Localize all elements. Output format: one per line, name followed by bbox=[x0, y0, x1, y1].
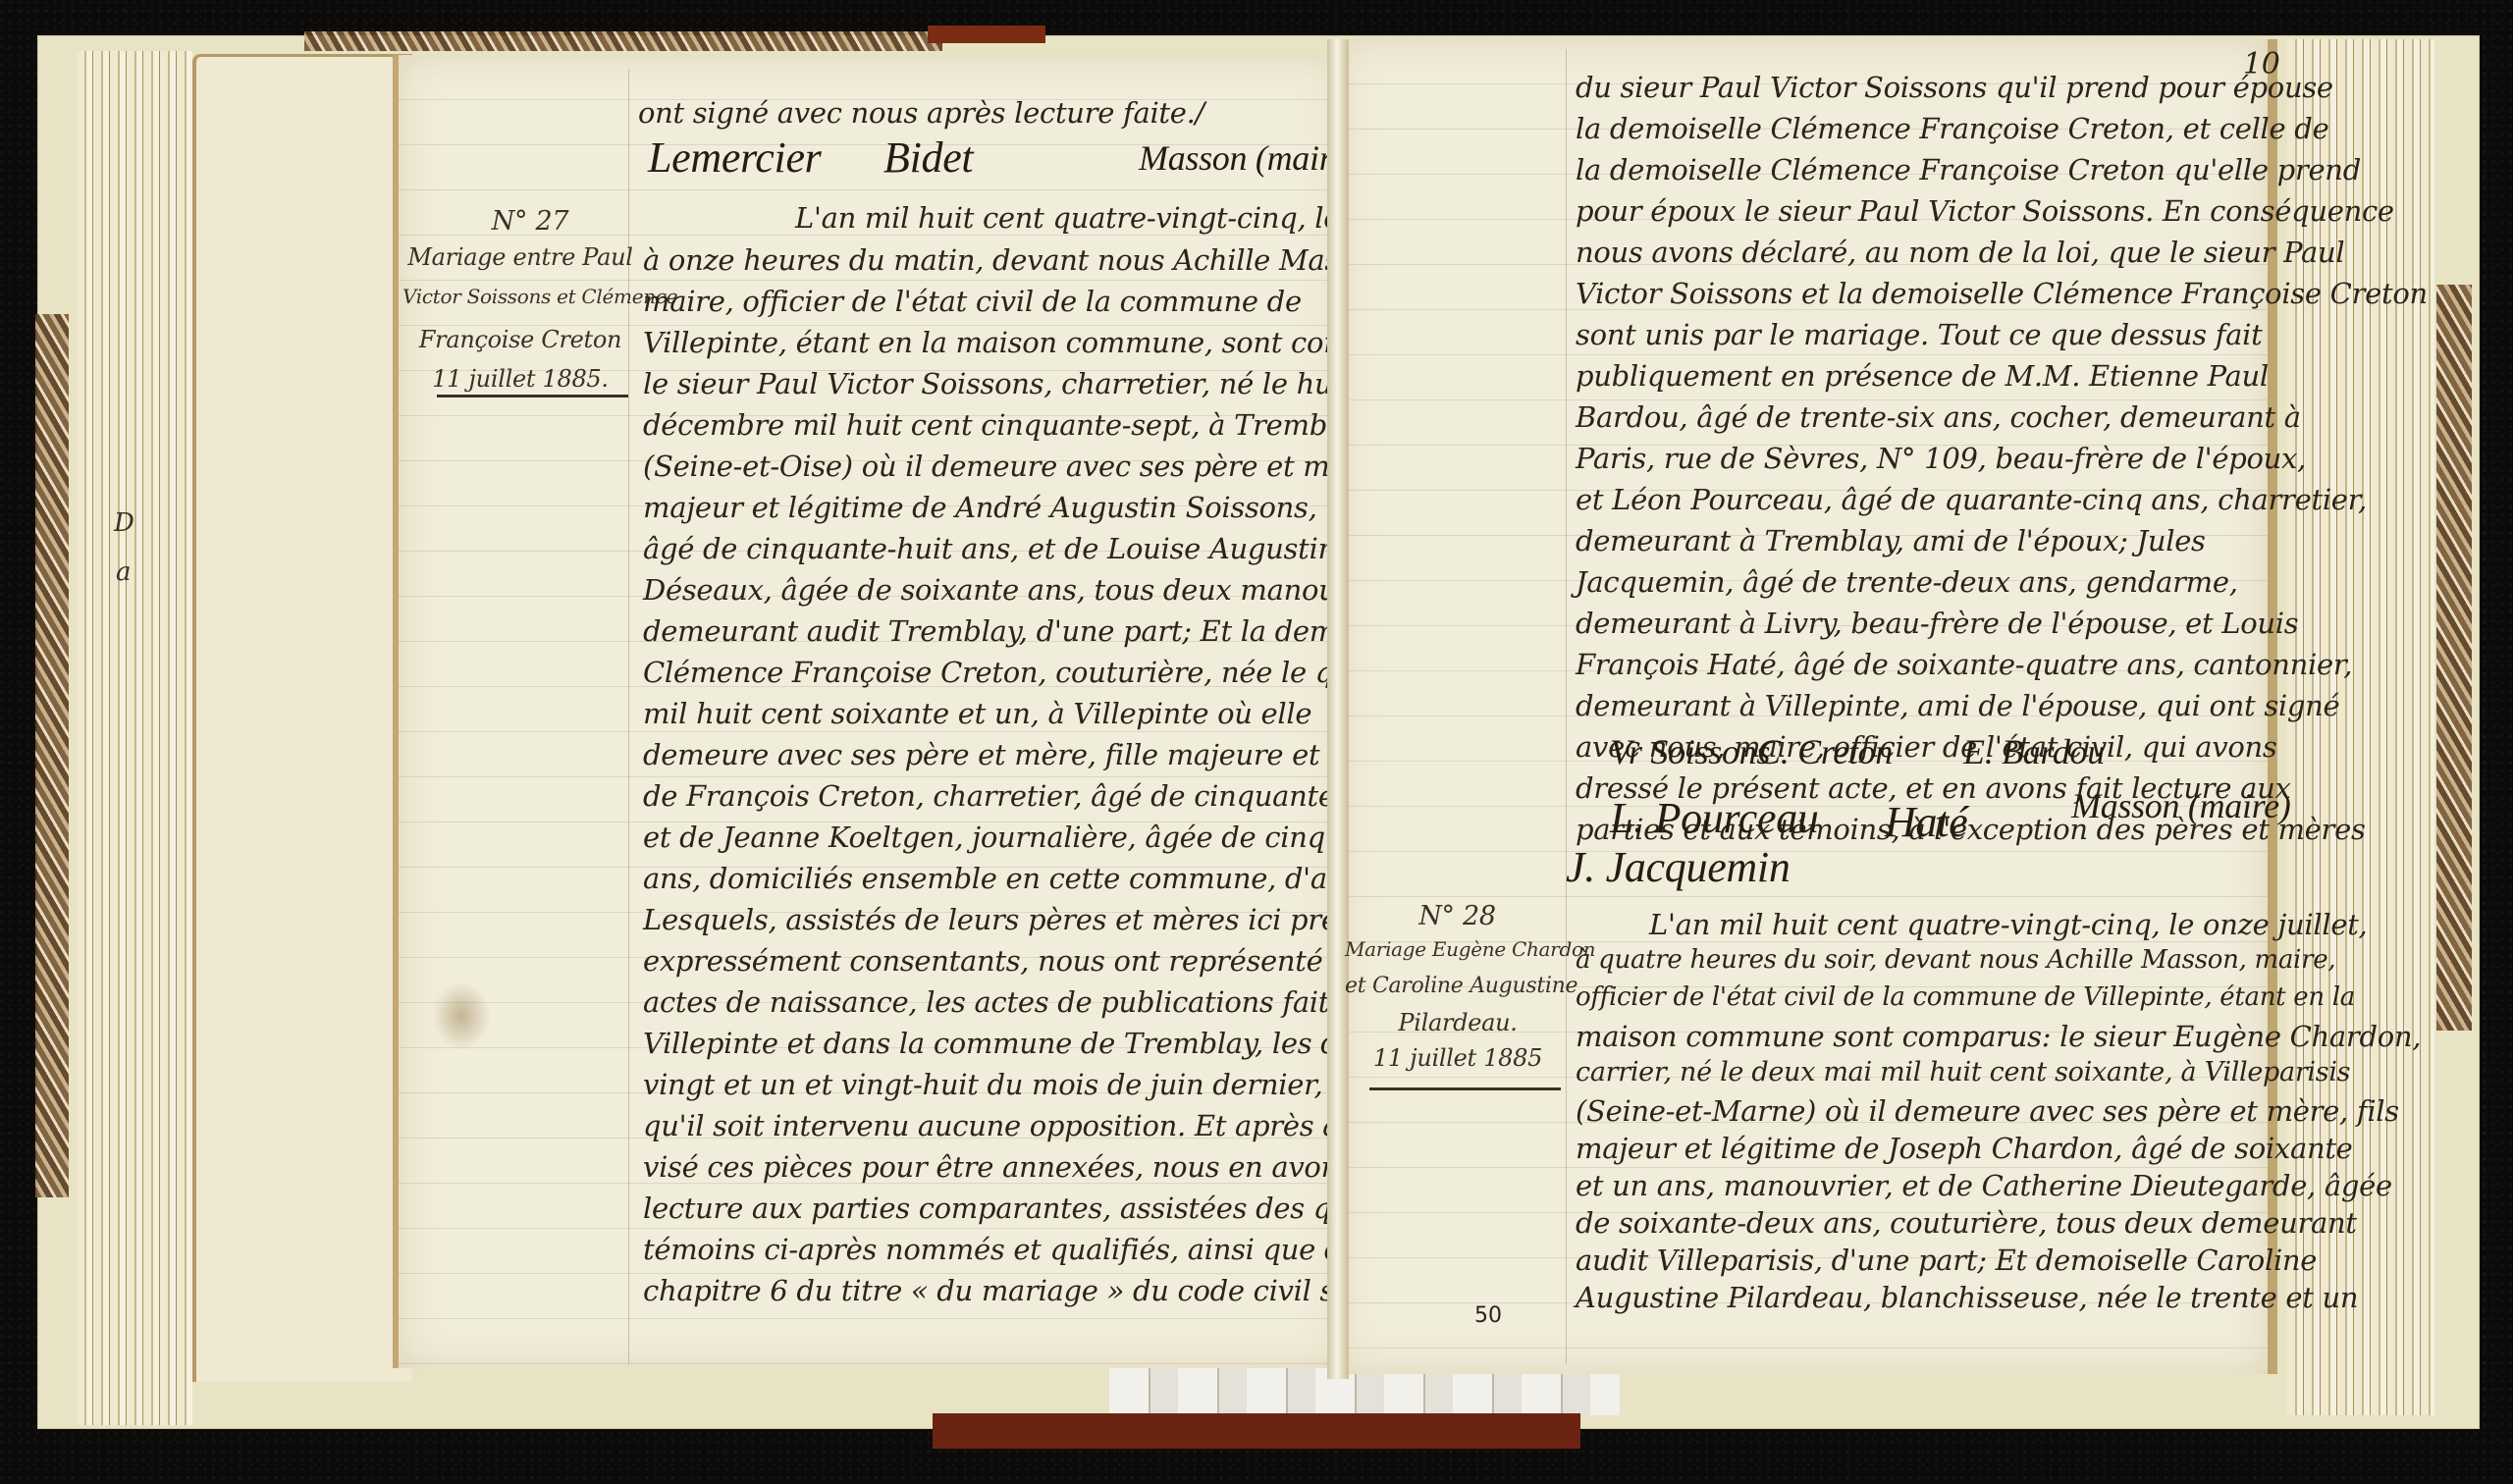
text-line: lecture aux parties comparantes, assisté… bbox=[643, 1192, 1407, 1225]
ink-stain bbox=[432, 981, 491, 1050]
text-line: chapitre 6 du titre « du mariage » du co… bbox=[643, 1274, 1365, 1307]
margin-title-line-3: Françoise Creton bbox=[402, 326, 638, 353]
entry-number-28: N° 28 bbox=[1347, 901, 1568, 931]
text-line: qu'il soit intervenu aucune opposition. … bbox=[643, 1109, 1394, 1142]
text-line: témoins ci-après nommés et qualifiés, ai… bbox=[643, 1233, 1361, 1266]
edge-mark-d: D bbox=[114, 508, 134, 538]
leather-spine-bottom bbox=[933, 1413, 1580, 1449]
text-line: (Seine-et-Oise) où il demeure avec ses p… bbox=[643, 450, 1436, 483]
margin-title-28-line-2: et Caroline Augustine bbox=[1345, 974, 1571, 998]
margin-title-28-line-1: Mariage Eugène Chardon bbox=[1345, 937, 1571, 961]
text-line: sont unis par le mariage. Tout ce que de… bbox=[1576, 318, 2262, 351]
signature-pourceau: L. Pourceau bbox=[1610, 793, 1819, 843]
text-line: à onze heures du matin, devant nous Achi… bbox=[643, 243, 1397, 277]
margin-title-line-1: Mariage entre Paul bbox=[402, 243, 638, 271]
margin-title-line-2: Victor Soissons et Clémence bbox=[402, 285, 638, 308]
margin-underline-28 bbox=[1369, 1087, 1561, 1090]
text-line: demeure avec ses père et mère, fille maj… bbox=[643, 738, 1444, 771]
page-edges-left bbox=[77, 51, 192, 1425]
margin-title-date: 11 juillet 1885. bbox=[402, 365, 638, 393]
text-line: demeurant audit Tremblay, d'une part; Et… bbox=[643, 614, 1426, 648]
closing-line-previous-entry: ont signé avec nous après lecture faite.… bbox=[638, 96, 1204, 130]
signature-bardou: E. Bardou bbox=[1963, 731, 2105, 772]
text-line: demeurant à Tremblay, ami de l'époux; Ju… bbox=[1576, 524, 2206, 557]
flyleaf-left bbox=[192, 54, 412, 1382]
text-line: maison commune sont comparus: le sieur E… bbox=[1576, 1020, 2421, 1053]
entry-number-27: N° 27 bbox=[432, 206, 628, 237]
margin-rule-right bbox=[1566, 49, 1567, 1364]
text-line: et un ans, manouvrier, et de Catherine D… bbox=[1576, 1169, 2392, 1202]
text-line: demeurant à Livry, beau-frère de l'épous… bbox=[1576, 607, 2298, 640]
text-line: carrier, né le deux mai mil huit cent so… bbox=[1576, 1057, 2350, 1087]
page-number: 50 bbox=[1474, 1303, 1502, 1328]
signature-creton: C. Creton bbox=[1757, 731, 1893, 772]
marbled-endpaper-right bbox=[2436, 285, 2472, 1031]
edge-mark-a: a bbox=[116, 557, 132, 587]
text-line: officier de l'état civil de la commune d… bbox=[1576, 982, 2355, 1012]
signature-soissons: Vr Soissons bbox=[1610, 731, 1770, 772]
text-line: audit Villeparisis, d'une part; Et demoi… bbox=[1576, 1244, 2317, 1277]
text-line: de soixante-deux ans, couturière, tous d… bbox=[1576, 1206, 2357, 1240]
text-line: Bardou, âgé de trente-six ans, cocher, d… bbox=[1576, 400, 2301, 434]
marbled-endpaper-left bbox=[35, 314, 69, 1197]
text-line: la demoiselle Clémence Françoise Creton … bbox=[1576, 153, 2361, 186]
margin-underline bbox=[437, 395, 628, 397]
text-line: Paris, rue de Sèvres, N° 109, beau-frère… bbox=[1576, 442, 2306, 475]
text-line: âgé de cinquante-huit ans, et de Louise … bbox=[643, 532, 1353, 565]
text-line: actes de naissance, les actes de publica… bbox=[643, 985, 1369, 1019]
signature-bidet: Bidet bbox=[883, 132, 973, 183]
text-line: mil huit cent soixante et un, à Villepin… bbox=[643, 697, 1311, 730]
signature-masson-maire: Masson (maire) bbox=[1139, 137, 1358, 179]
text-line: décembre mil huit cent cinquante-sept, à… bbox=[643, 408, 1368, 442]
signature-jacquemin: J. Jacquemin bbox=[1566, 842, 1791, 892]
text-line: majeur et légitime de André Augustin Soi… bbox=[643, 491, 1317, 524]
text-line: pour époux le sieur Paul Victor Soissons… bbox=[1576, 194, 2394, 228]
text-line: publiquement en présence de M.M. Etienne… bbox=[1576, 359, 2269, 393]
text-line: la demoiselle Clémence Françoise Creton,… bbox=[1576, 112, 2328, 145]
leather-spine-top bbox=[928, 26, 1045, 43]
text-line: (Seine-et-Marne) où il demeure avec ses … bbox=[1576, 1094, 2399, 1128]
signature-lemercier: Lemercier bbox=[648, 132, 822, 183]
signature-masson-maire-2: Masson (maire) bbox=[2071, 785, 2290, 826]
text-line: Victor Soissons et la demoiselle Clémenc… bbox=[1576, 277, 2428, 310]
marbled-endpaper-top bbox=[304, 31, 942, 51]
book-gutter bbox=[1327, 39, 1349, 1379]
signature-hate: Haté bbox=[1885, 797, 1967, 847]
text-line: le sieur Paul Victor Soissons, charretie… bbox=[643, 367, 1353, 400]
text-line: L'an mil huit cent quatre-vingt-cinq, le… bbox=[1649, 908, 2367, 941]
text-line: vingt et un et vingt-huit du mois de jui… bbox=[643, 1068, 1395, 1101]
text-line: demeurant à Villepinte, ami de l'épouse,… bbox=[1576, 689, 2339, 722]
text-line: Jacquemin, âgé de trente-deux ans, genda… bbox=[1576, 565, 2238, 599]
text-line: Déseaux, âgée de soixante ans, tous deux… bbox=[643, 573, 1427, 607]
margin-title-28-line-3: Pilardeau. bbox=[1345, 1009, 1571, 1036]
text-line: et Léon Pourceau, âgé de quarante-cinq a… bbox=[1576, 483, 2367, 516]
text-line: du sieur Paul Victor Soissons qu'il pren… bbox=[1576, 71, 2333, 104]
margin-title-28-date: 11 juillet 1885 bbox=[1345, 1044, 1571, 1072]
text-line: nous avons déclaré, au nom de la loi, qu… bbox=[1576, 236, 2344, 269]
text-line: maire, officier de l'état civil de la co… bbox=[643, 285, 1302, 318]
text-line: François Haté, âgé de soixante-quatre an… bbox=[1576, 648, 2352, 681]
text-line: Augustine Pilardeau, blanchisseuse, née … bbox=[1576, 1281, 2358, 1314]
text-line: expressément consentants, nous ont repré… bbox=[643, 944, 1403, 978]
text-line: à quatre heures du soir, devant nous Ach… bbox=[1576, 945, 2335, 975]
text-line: Villepinte, étant en la maison commune, … bbox=[643, 326, 1440, 359]
text-line: majeur et légitime de Joseph Chardon, âg… bbox=[1576, 1132, 2353, 1165]
